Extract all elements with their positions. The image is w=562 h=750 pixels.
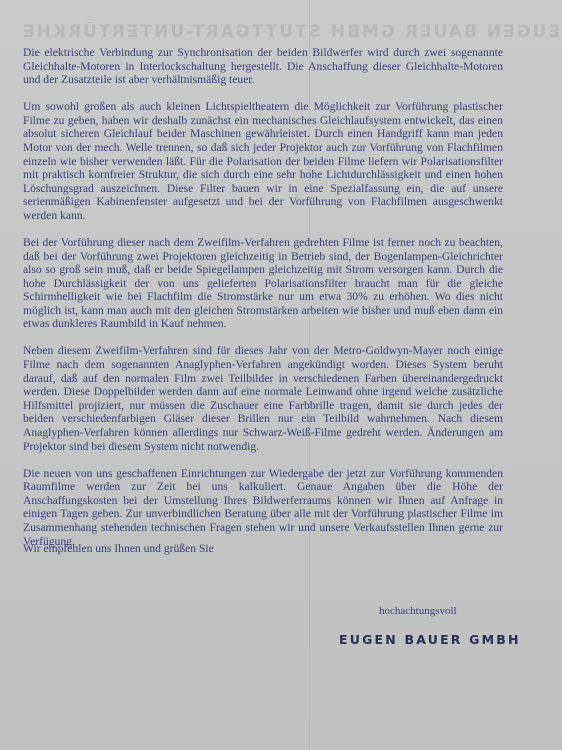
paragraph-gleichlaufsystem: Um sowohl großen als auch kleinen Lichts…	[23, 100, 503, 222]
paragraph-einrichtungen: Die neuen von uns geschaffenen Einrichtu…	[23, 467, 503, 549]
paragraph-synchronisation: Die elektrische Verbindung zur Synchroni…	[23, 46, 503, 87]
letterhead-bleed-through: EUGEN BAUER GMBH STUTTGART-UNTERTÜRKHEIM	[20, 22, 560, 42]
regards: hochachtungsvoll	[379, 605, 457, 617]
company-signature: EUGEN BAUER GMBH	[339, 632, 521, 647]
closing-line: Wir empfehlen uns Ihnen und grüßen Sie	[23, 542, 214, 555]
paragraph-anaglyphen-verfahren: Neben diesem Zweifilm-Verfahren sind für…	[23, 344, 503, 453]
paragraph-zweifilm-verfahren: Bei der Vorführung dieser nach dem Zweif…	[23, 236, 503, 331]
letter-body: Die elektrische Verbindung zur Synchroni…	[23, 46, 503, 562]
